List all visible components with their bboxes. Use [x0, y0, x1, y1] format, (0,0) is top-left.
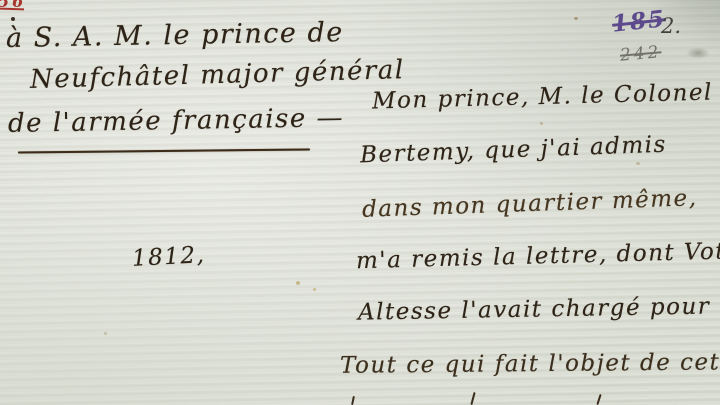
cutoff-pen-stroke	[351, 396, 355, 405]
ink-speck	[11, 17, 15, 21]
ink-rule	[18, 148, 310, 153]
address-line-3: de l'armée française —	[8, 103, 345, 139]
address-line-2: Neufchâtel major général	[30, 55, 405, 95]
paper-speck	[540, 122, 543, 125]
paper-speck	[296, 281, 300, 285]
address-line-1: à S. A. M. le prince de	[6, 17, 344, 54]
body-line: Mon prince, M. le Colonel	[372, 80, 713, 115]
body-line: Tout ce qui fait l'objet de cette	[340, 349, 720, 379]
date-1812: 1812,	[131, 242, 206, 272]
cutoff-pen-stroke	[596, 394, 601, 405]
paper-speck	[104, 332, 107, 335]
paper-speck	[636, 162, 640, 165]
manuscript-page: 56 à S. A. M. le prince de Neufchâtel ma…	[0, 0, 720, 405]
body-line: m'a remis la lettre, dont Votre	[356, 238, 720, 274]
body-line: Bertemy, que j'ai admis	[360, 132, 668, 169]
paper-speck	[574, 17, 578, 20]
paper-speck	[313, 288, 316, 291]
cutoff-pen-stroke	[470, 392, 475, 405]
body-line: dans mon quartier même,	[362, 185, 698, 223]
paper-corner-shadow	[624, 0, 720, 66]
body-line: Altesse l'avait chargé pour moi,	[358, 292, 720, 325]
